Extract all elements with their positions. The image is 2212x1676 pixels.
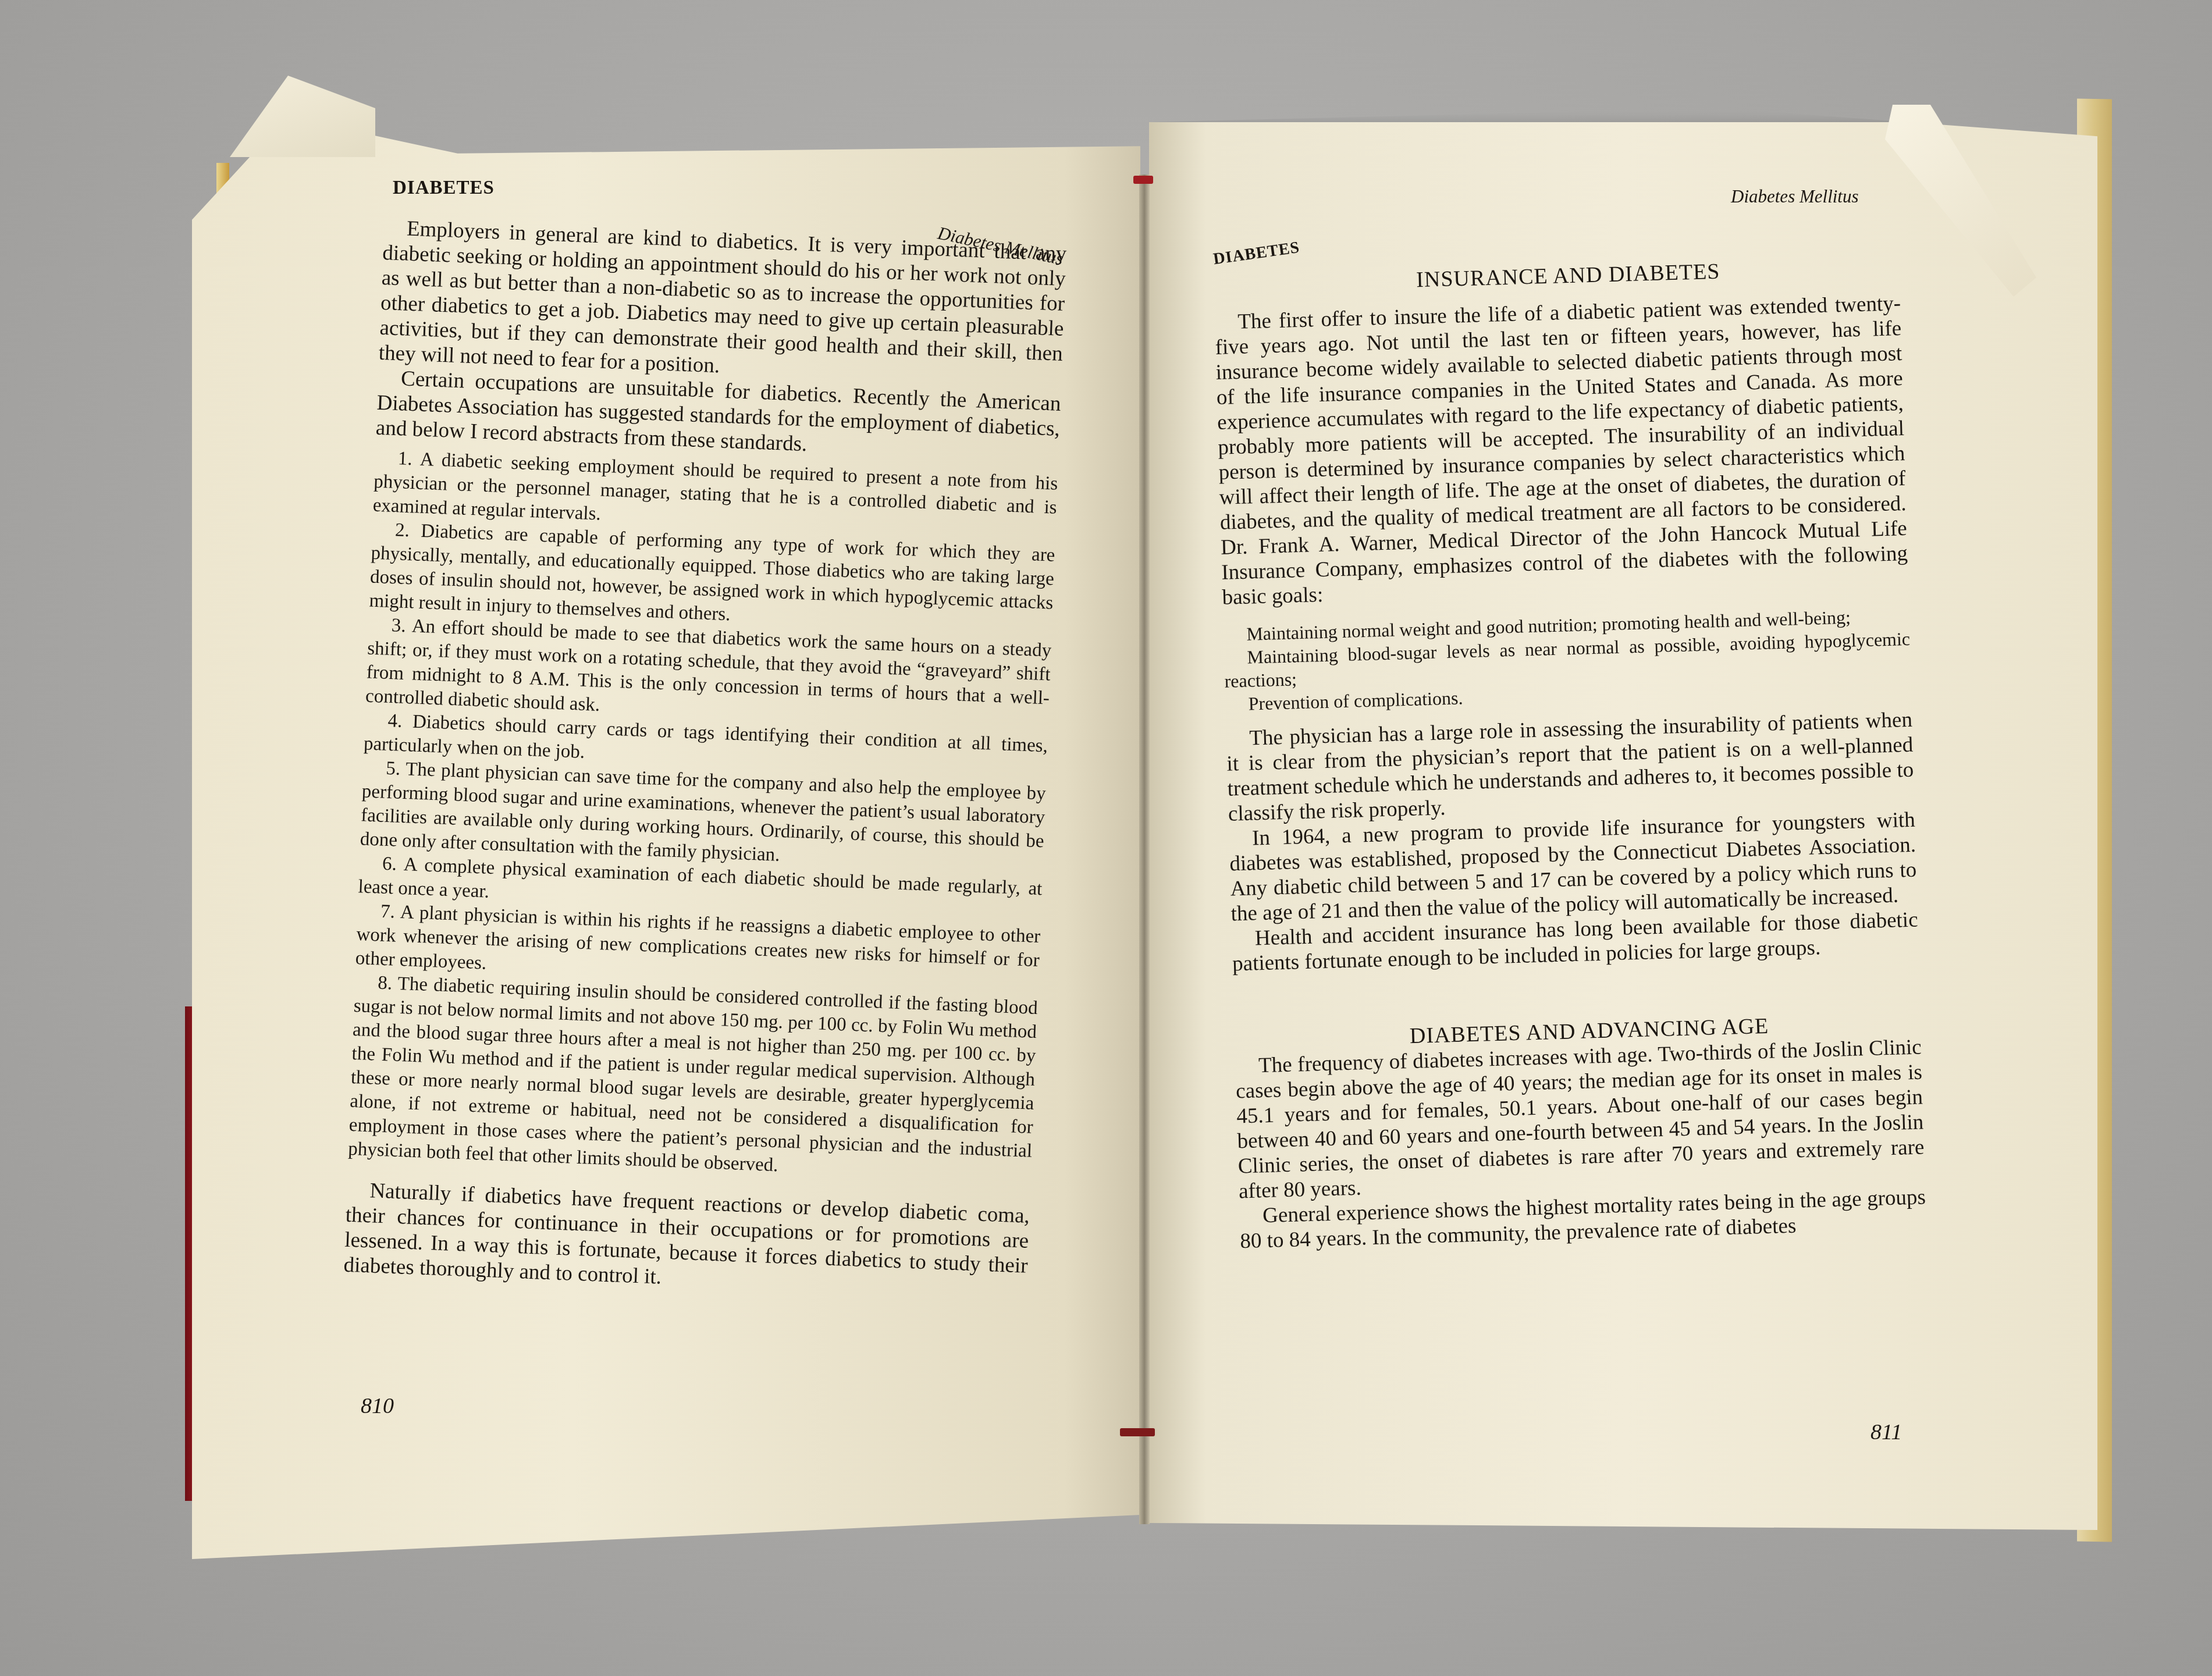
- paragraph: The physician has a large role in assess…: [1226, 707, 1915, 827]
- goals-list: Maintaining normal weight and good nutri…: [1223, 604, 1912, 716]
- tailband: [1120, 1428, 1155, 1436]
- page-number-left: 810: [361, 1393, 394, 1419]
- paragraph: The frequency of diabetes increases with…: [1235, 1035, 1925, 1204]
- paragraph: The first offer to insure the life of a …: [1214, 291, 1909, 610]
- right-page-body: INSURANCE AND DIABETES The first offer t…: [1213, 254, 1927, 1254]
- page-number-right: 811: [1870, 1419, 1902, 1445]
- book-gutter: [1139, 175, 1150, 1524]
- paragraph: Employers in general are kind to diabeti…: [378, 215, 1067, 392]
- paragraph: In 1964, a new program to provide life i…: [1229, 807, 1918, 927]
- folded-corner-left: [230, 76, 375, 157]
- right-running-subtitle: Diabetes Mellitus: [1731, 186, 1859, 207]
- standard-item: 8. The diabetic requiring insulin should…: [348, 970, 1039, 1187]
- left-running-head: DIABETES: [393, 177, 495, 199]
- book-photo-scene: DIABETES Diabetes Mellitus Employers in …: [0, 0, 2212, 1676]
- left-page-body: Employers in general are kind to diabeti…: [343, 215, 1067, 1304]
- headband: [1133, 176, 1153, 184]
